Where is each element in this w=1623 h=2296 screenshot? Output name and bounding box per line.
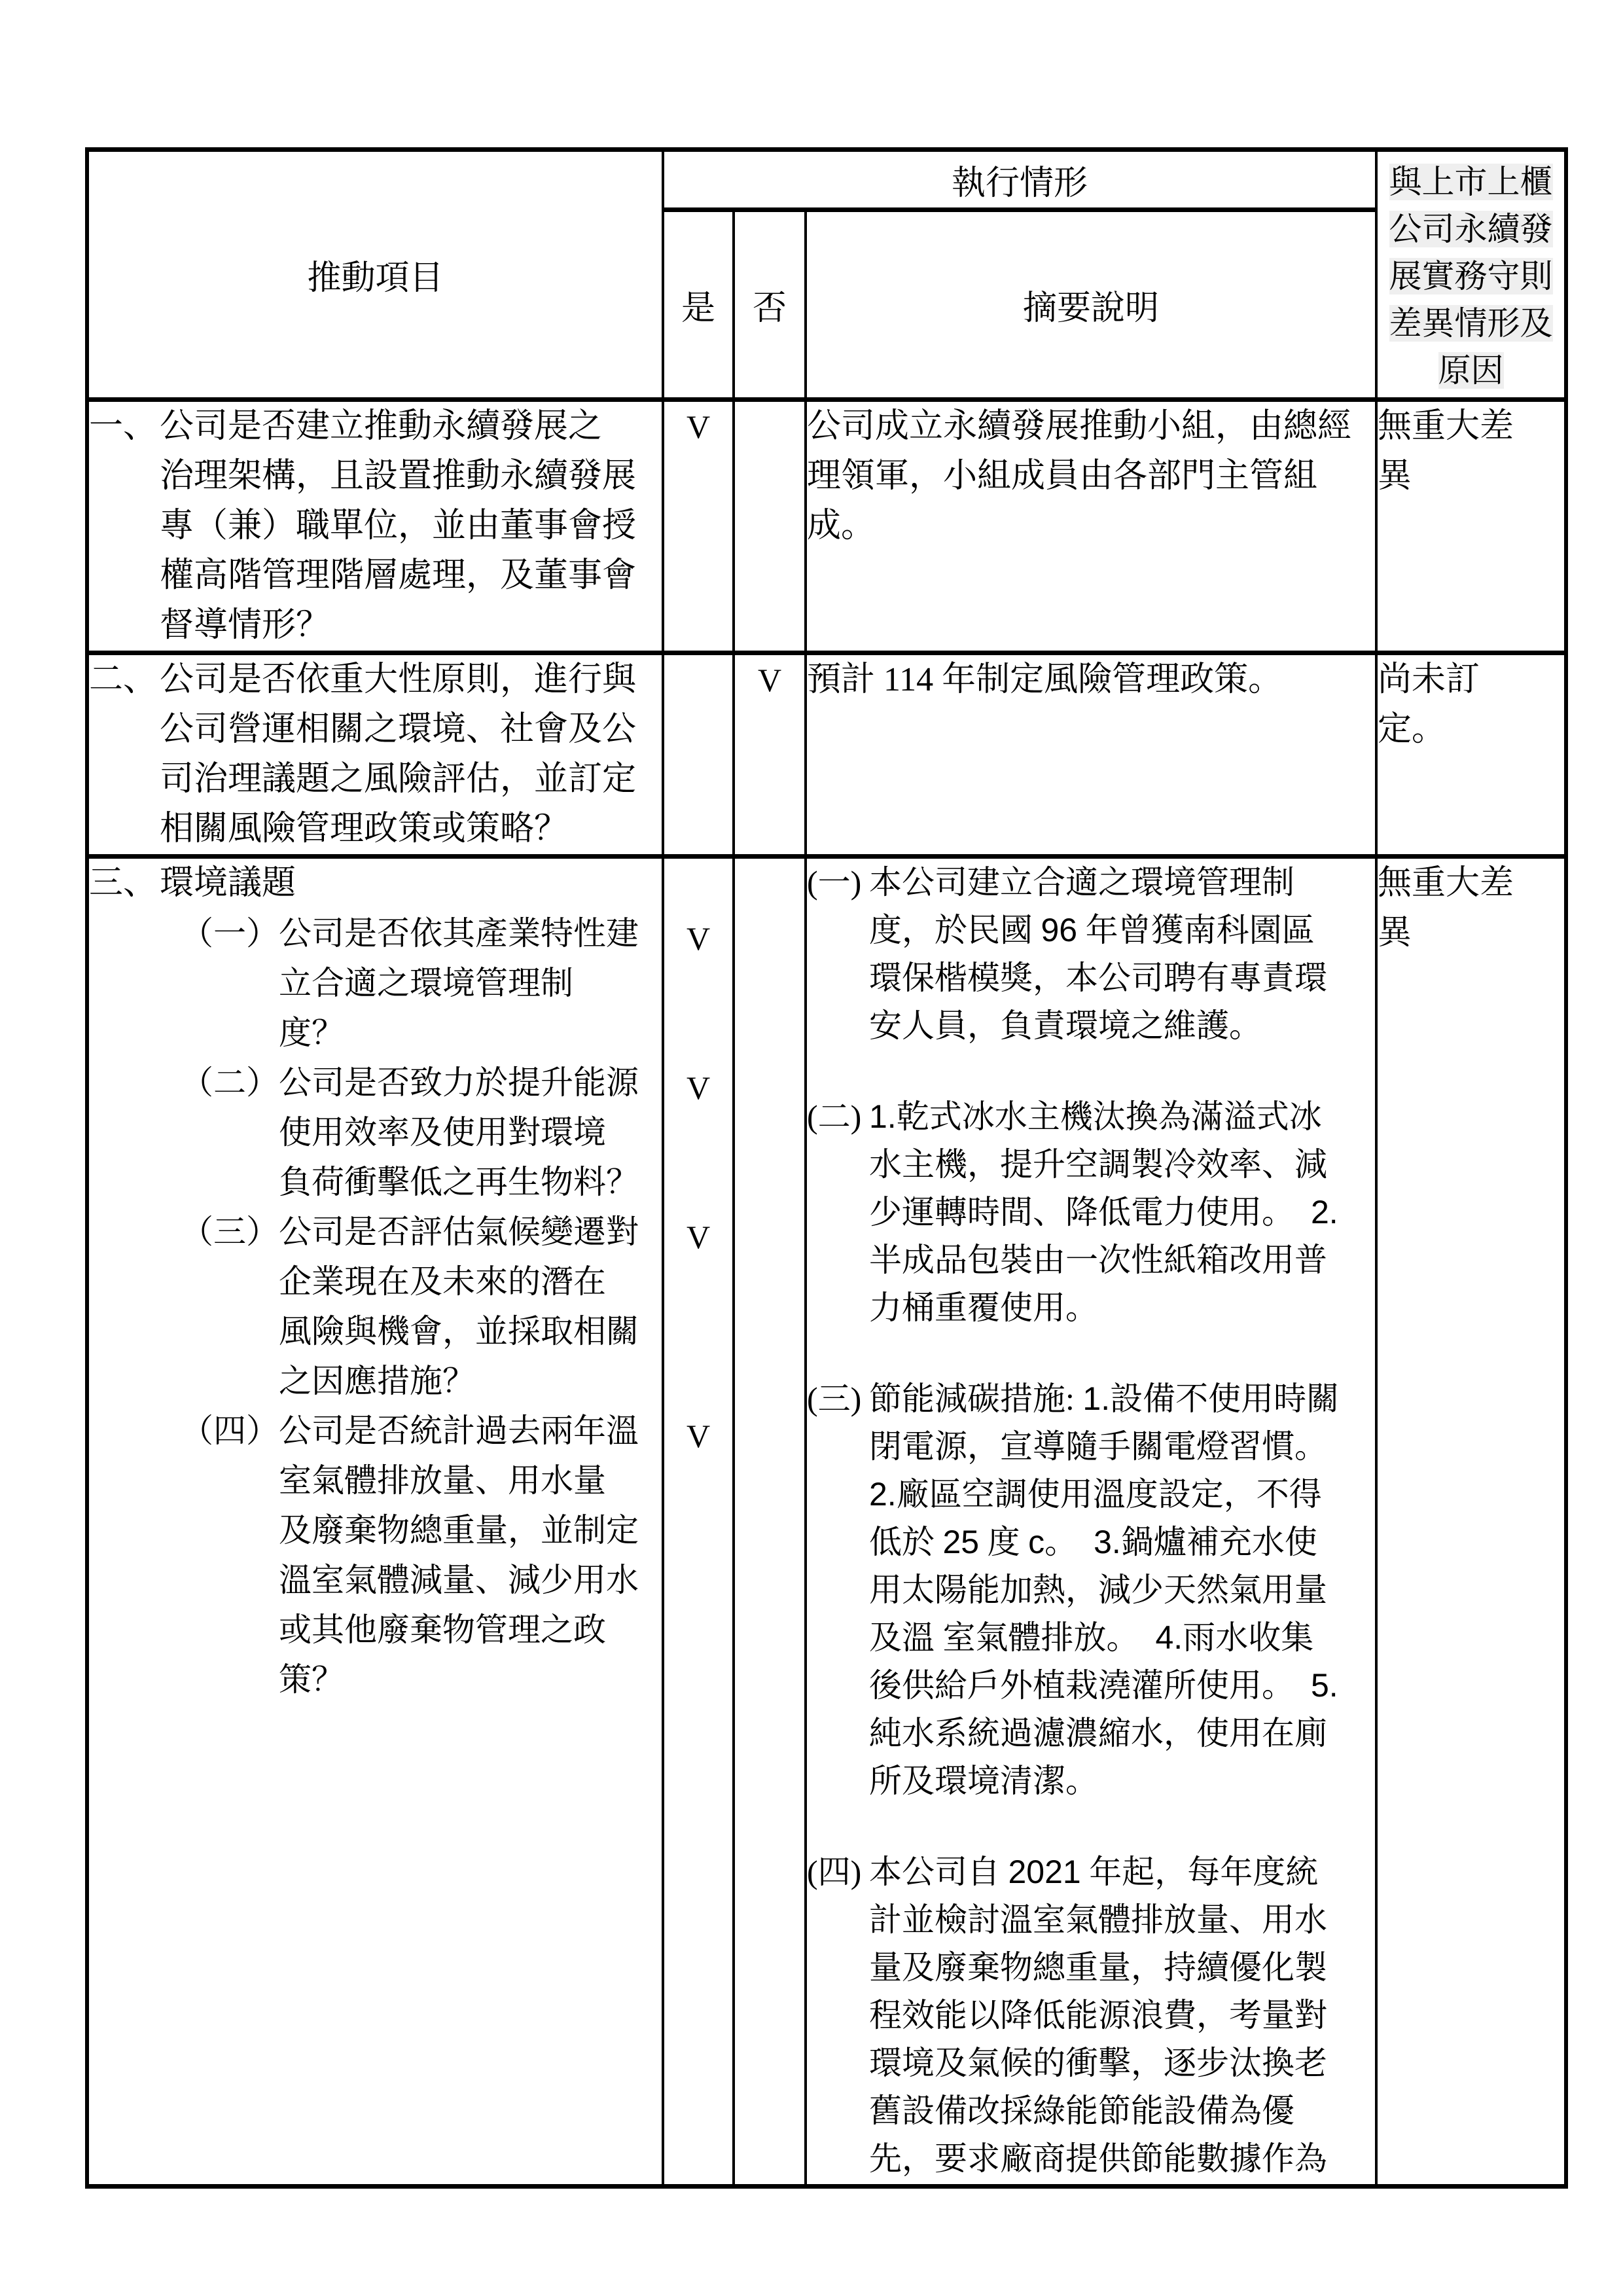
document-page: { "table": { "header": { "col_item": "推動…: [0, 0, 1623, 2296]
header-execution-label: 執行情形: [952, 165, 1088, 202]
row3-yes-cell: V V V V: [663, 857, 734, 2187]
row1-yes-cell: V: [663, 400, 734, 653]
row3-question-1-text: 公司是否依其產業特性建 立合適之環境管理制 度？: [279, 908, 662, 1058]
row2-yes-cell: [663, 653, 734, 857]
check-mark: V: [735, 655, 804, 705]
row3-question-4-number: （四）: [181, 1406, 279, 1456]
row3-summary-cell: (一) 本公司建立合適之環境管理制 度，於民國 96 年曾獲南科園區 環保楷模獎…: [806, 857, 1376, 2187]
header-no-column: 否: [734, 210, 806, 400]
row3-question-2-number: （二）: [181, 1058, 279, 1107]
row1-item-cell: 一、 公司是否建立推動永續發展之 治理架構，且設置推動永續發展 專（兼）職單位，…: [87, 400, 663, 653]
row2-question: 二、 公司是否依重大性原則，進行與 公司營運相關之環境、社會及公 司治理議題之風…: [89, 655, 662, 854]
row3-answer-2-text: 1.乾式冰水主機汰換為滿溢式冰 水主機，提升空調製冷效率、減 少運轉時間、降低電…: [869, 1093, 1375, 1332]
row3-question-3: （三） 公司是否評估氣候變遷對 企業現在及未來的潛在 風險與機會，並採取相關 之…: [89, 1207, 662, 1406]
row3-question-3-text: 公司是否評估氣候變遷對 企業現在及未來的潛在 風險與機會，並採取相關 之因應措施…: [279, 1207, 662, 1406]
row1-question: 一、 公司是否建立推動永續發展之 治理架構，且設置推動永續發展 專（兼）職單位，…: [89, 402, 662, 651]
row2-no-cell: V: [734, 653, 806, 857]
check-mark: V: [664, 1212, 732, 1262]
row3-section-title-text: 環境議題: [160, 859, 662, 908]
row3-question-1: （一） 公司是否依其產業特性建 立合適之環境管理制 度？: [89, 908, 662, 1058]
row3-answer-2: (二) 1.乾式冰水主機汰換為滿溢式冰 水主機，提升空調製冷效率、減 少運轉時間…: [807, 1093, 1375, 1332]
row1-question-text: 公司是否建立推動永續發展之 治理架構，且設置推動永續發展 專（兼）職單位，並由董…: [160, 402, 662, 651]
row2-number: 二、: [89, 655, 160, 705]
header-execution-column: 執行情形: [663, 150, 1376, 210]
header-yes-column: 是: [663, 210, 734, 400]
row2-summary-cell: 預計 114 年制定風險管理政策。: [806, 653, 1376, 857]
row1-difference-cell: 無重大差 異: [1376, 400, 1566, 653]
header-item-label: 推動項目: [307, 260, 443, 297]
row3-item-cell: 三、 環境議題 （一） 公司是否依其產業特性建 立合適之環境管理制 度？ （二）…: [87, 857, 663, 2187]
row3-answer-1-text: 本公司建立合適之環境管理制 度，於民國 96 年曾獲南科園區 環保楷模獎，本公司…: [869, 859, 1375, 1050]
header-summary-column: 摘要說明: [806, 210, 1376, 400]
row3-answer-3-number: (三): [807, 1375, 869, 1423]
row1-number: 一、: [89, 402, 160, 452]
row3-no-cell: [734, 857, 806, 2187]
row3-difference-cell: 無重大差 異: [1376, 857, 1566, 2187]
row3-answer-1: (一) 本公司建立合適之環境管理制 度，於民國 96 年曾獲南科園區 環保楷模獎…: [807, 859, 1375, 1050]
row3-answer-3-text: 節能減碳措施: 1.設備不使用時關 閉電源，宣導隨手關電燈習慣。 2.廠區空調使…: [869, 1375, 1375, 1805]
row2-item-cell: 二、 公司是否依重大性原則，進行與 公司營運相關之環境、社會及公 司治理議題之風…: [87, 653, 663, 857]
esg-disclosure-table: 推動項目 執行情形 與上市上櫃 公司永續發 展實務守則 差異情形及 原因 是 否…: [85, 147, 1568, 2189]
row3-answer-4-number: (四): [807, 1848, 869, 1896]
row3-answer-2-number: (二): [807, 1093, 869, 1141]
row3-question-2: （二） 公司是否致力於提升能源 使用效率及使用對環境 負荷衝擊低之再生物料？: [89, 1058, 662, 1207]
row3-number: 三、: [89, 859, 160, 908]
row1-summary-cell: 公司成立永續發展推動小組，由總經 理領軍，小組成員由各部門主管組 成。: [806, 400, 1376, 653]
row3-section-title: 三、 環境議題: [89, 859, 662, 908]
row3-answer-4: (四) 本公司自 2021 年起，每年度統 計並檢討溫室氣體排放量、用水 量及廢…: [807, 1848, 1375, 2183]
check-mark: V: [664, 402, 732, 452]
header-no-label: 否: [753, 290, 787, 327]
row3-question-1-number: （一）: [181, 908, 279, 958]
check-mark: V: [664, 914, 732, 963]
header-summary-label: 摘要說明: [1023, 290, 1159, 327]
row1-no-cell: [734, 400, 806, 653]
check-mark: V: [664, 1063, 732, 1113]
row3-answer-3: (三) 節能減碳措施: 1.設備不使用時關 閉電源，宣導隨手關電燈習慣。 2.廠…: [807, 1375, 1375, 1805]
header-yes-label: 是: [681, 290, 715, 327]
row3-question-3-number: （三）: [181, 1207, 279, 1257]
row3-answer-1-number: (一): [807, 859, 869, 906]
row3-question-4-text: 公司是否統計過去兩年溫 室氣體排放量、用水量 及廢棄物總重量，並制定 溫室氣體減…: [279, 1406, 662, 1704]
row3-answer-4-text: 本公司自 2021 年起，每年度統 計並檢討溫室氣體排放量、用水 量及廢棄物總重…: [869, 1848, 1375, 2183]
header-difference-column: 與上市上櫃 公司永續發 展實務守則 差異情形及 原因: [1376, 150, 1566, 400]
row3-question-2-text: 公司是否致力於提升能源 使用效率及使用對環境 負荷衝擊低之再生物料？: [279, 1058, 662, 1207]
row3-question-4: （四） 公司是否統計過去兩年溫 室氣體排放量、用水量 及廢棄物總重量，並制定 溫…: [89, 1406, 662, 1704]
row1-summary-text: 公司成立永續發展推動小組，由總經 理領軍，小組成員由各部門主管組 成。: [807, 408, 1351, 545]
row2-difference-cell: 尚未訂 定。: [1376, 653, 1566, 857]
check-mark: V: [664, 1411, 732, 1461]
row2-summary-text: 預計 114 年制定風險管理政策。: [807, 661, 1282, 698]
header-difference-label: 與上市上櫃 公司永續發 展實務守則 差異情形及 原因: [1389, 164, 1553, 389]
row2-question-text: 公司是否依重大性原則，進行與 公司營運相關之環境、社會及公 司治理議題之風險評估…: [160, 655, 662, 854]
header-item-column: 推動項目: [87, 150, 663, 400]
